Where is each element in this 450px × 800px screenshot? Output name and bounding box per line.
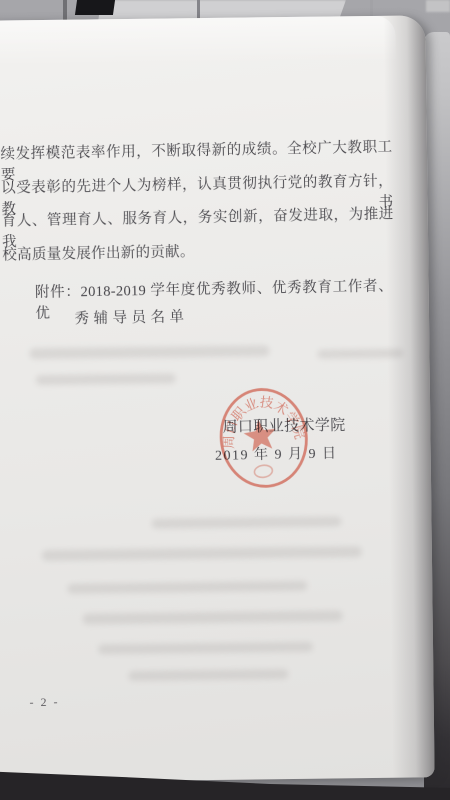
- page-number: - 2 -: [29, 695, 59, 711]
- seal-bottom-mark: [254, 464, 274, 478]
- body-line: 校高质量发展作出新的贡献。: [2, 240, 195, 265]
- document-content: 续发挥模范表率作用，不断取得新的成绩。全校广大教职工要 以受表彰的先进个人为榜样…: [0, 0, 450, 800]
- official-seal: 周口职业技术学院: [208, 377, 320, 501]
- document-photo: 续发挥模范表率作用，不断取得新的成绩。全校广大教职工要 以受表彰的先进个人为榜样…: [0, 0, 450, 800]
- attachment-line: 秀辅导员名单: [74, 305, 188, 328]
- seal-star-icon: [242, 417, 278, 452]
